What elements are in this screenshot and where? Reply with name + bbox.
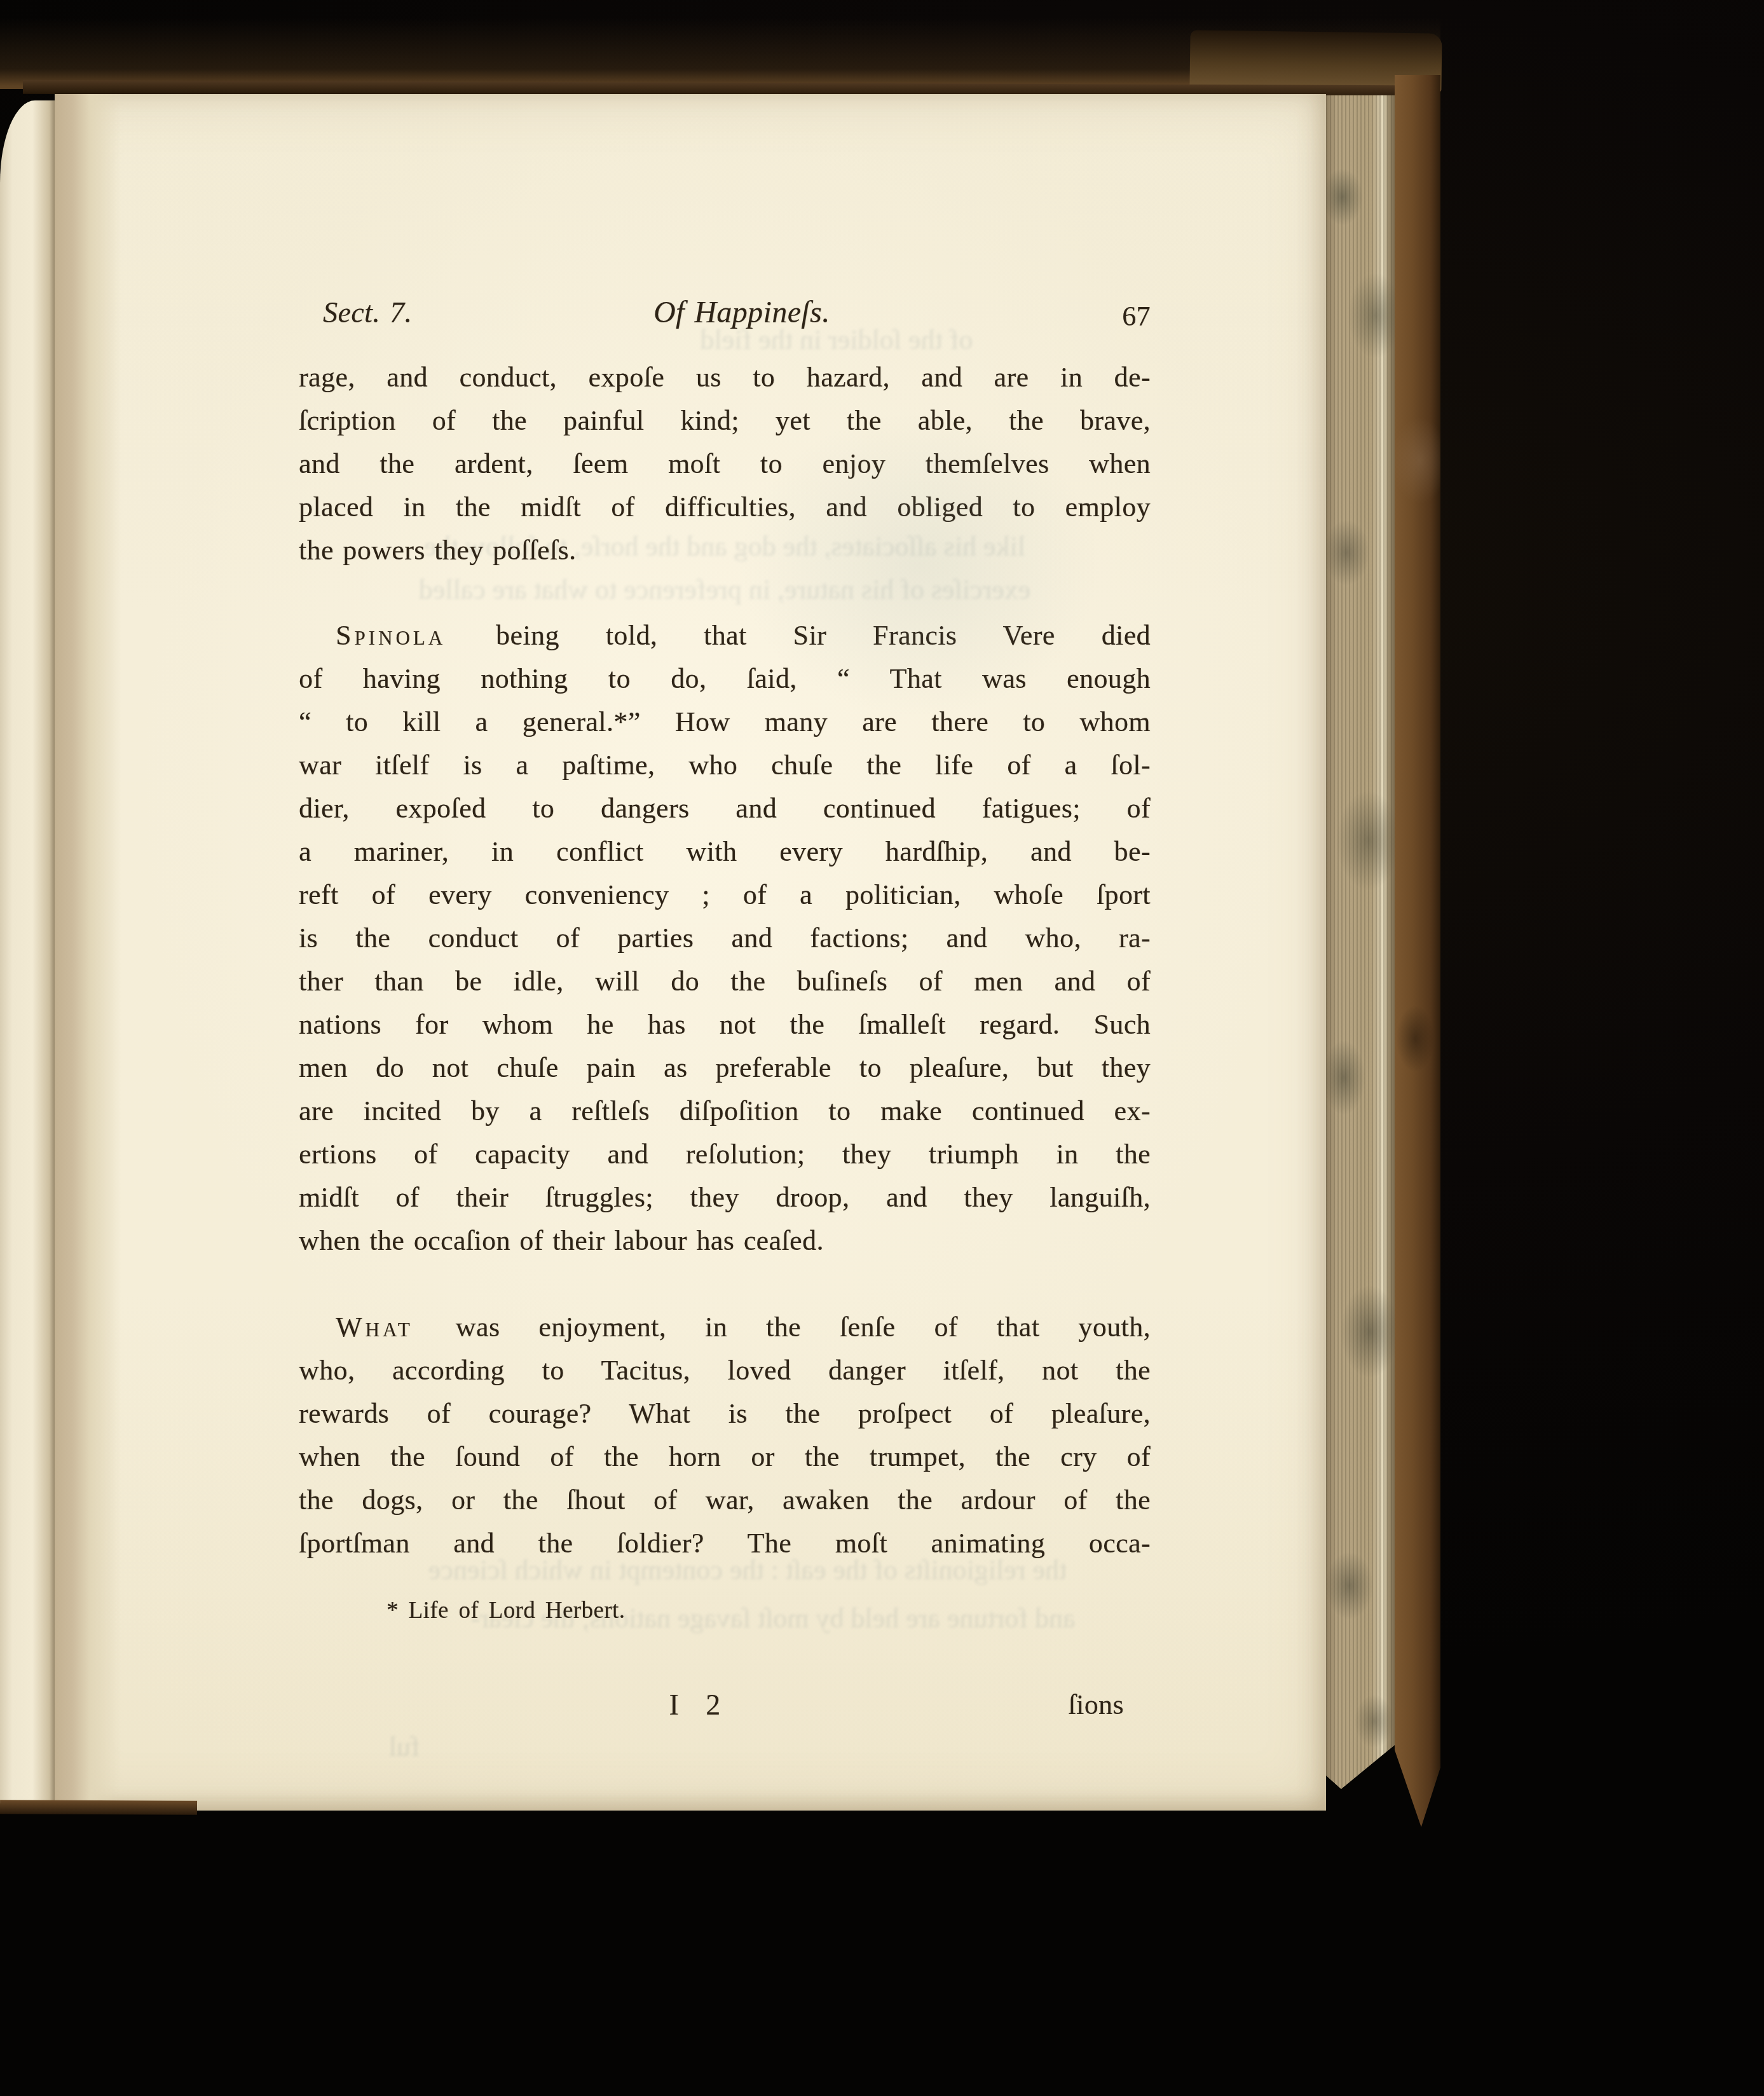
text-line: “ to kill a general.*” How many are ther… (299, 701, 1151, 744)
text-line: reft of every conveniency ; of a politic… (299, 873, 1151, 917)
show-through-line: exerciſes of his nature, in preference t… (299, 571, 1151, 609)
text-line: who, according to Tacitus, loved danger … (299, 1349, 1151, 1392)
paragraph: What was enjoyment, in the ſenſe of that… (299, 1306, 1151, 1565)
signature-line: I 2 ſions (299, 1683, 1151, 1727)
text-line: a mariner, in conflict with every hardſh… (299, 830, 1151, 873)
book-cover-bottom-edge (0, 1800, 197, 1815)
text-line: ſportſman and the ſoldier? The moſt anim… (299, 1522, 1151, 1565)
catchword: ſions (1068, 1683, 1124, 1727)
text-line: ther than be idle, will do the buſineſs … (299, 960, 1151, 1003)
text-line: rage, and conduct, expoſe us to hazard, … (299, 356, 1151, 399)
facing-page-edge (0, 100, 56, 1811)
text-line: placed in the midſt of difficulties, and… (299, 486, 1151, 529)
text-line: nations for whom he has not the ſmalleſt… (299, 1003, 1151, 1046)
text-line: are incited by a reſtleſs diſpoſition to… (299, 1090, 1151, 1133)
section-label: Sect. 7. (323, 291, 412, 334)
text-line: the dogs, or the ſhout of war, awaken th… (299, 1479, 1151, 1522)
text-line: war itſelf is a paſtime, who chuſe the l… (299, 744, 1151, 787)
page-number: 67 (1122, 295, 1151, 338)
text-line: of having nothing to do, ſaid, “ That wa… (299, 657, 1151, 701)
text-line: and the ardent, ſeem moſt to enjoy themſ… (299, 442, 1151, 486)
text-line: when the occaſion of their labour has ce… (299, 1219, 1151, 1263)
paragraph: Spinola being told, that Sir Francis Ver… (299, 614, 1151, 1263)
footnote: * Life of Lord Herbert. (386, 1589, 625, 1633)
text-line: dier, expoſed to dangers and continued f… (299, 787, 1151, 830)
book-page: of the ſoldier in the fieldlike his aſſo… (55, 94, 1326, 1811)
book-cover-edge (1395, 75, 1440, 1827)
text-line: is the conduct of parties and factions; … (299, 917, 1151, 960)
paragraph: rage, and conduct, expoſe us to hazard, … (299, 356, 1151, 572)
small-caps-word: What (336, 1312, 413, 1343)
text-line: Spinola being told, that Sir Francis Ver… (299, 614, 1151, 657)
show-through-line: ful (322, 1728, 487, 1766)
text-line: ſcription of the painful kind; yet the a… (299, 399, 1151, 442)
running-title: Of Happineſs. (653, 291, 830, 334)
signature-mark: I 2 (669, 1683, 729, 1727)
book-scan-photo: of the ſoldier in the fieldlike his aſſo… (0, 0, 1764, 2096)
text-line: midſt of their ſtruggles; they droop, an… (299, 1176, 1151, 1219)
text-line: ertions of capacity and reſolution; they… (299, 1133, 1151, 1176)
text-line: the powers they poſſeſs. (299, 529, 1151, 572)
text-line: rewards of courage? What is the proſpect… (299, 1392, 1151, 1435)
small-caps-word: Spinola (336, 620, 446, 651)
page-header: Sect. 7. Of Happineſs. 67 (299, 291, 1151, 334)
text-line: men do not chuſe pain as preferable to p… (299, 1046, 1151, 1090)
fore-edge-marbled (1326, 95, 1395, 1789)
text-line: What was enjoyment, in the ſenſe of that… (299, 1306, 1151, 1349)
text-line: when the ſound of the horn or the trumpe… (299, 1435, 1151, 1479)
